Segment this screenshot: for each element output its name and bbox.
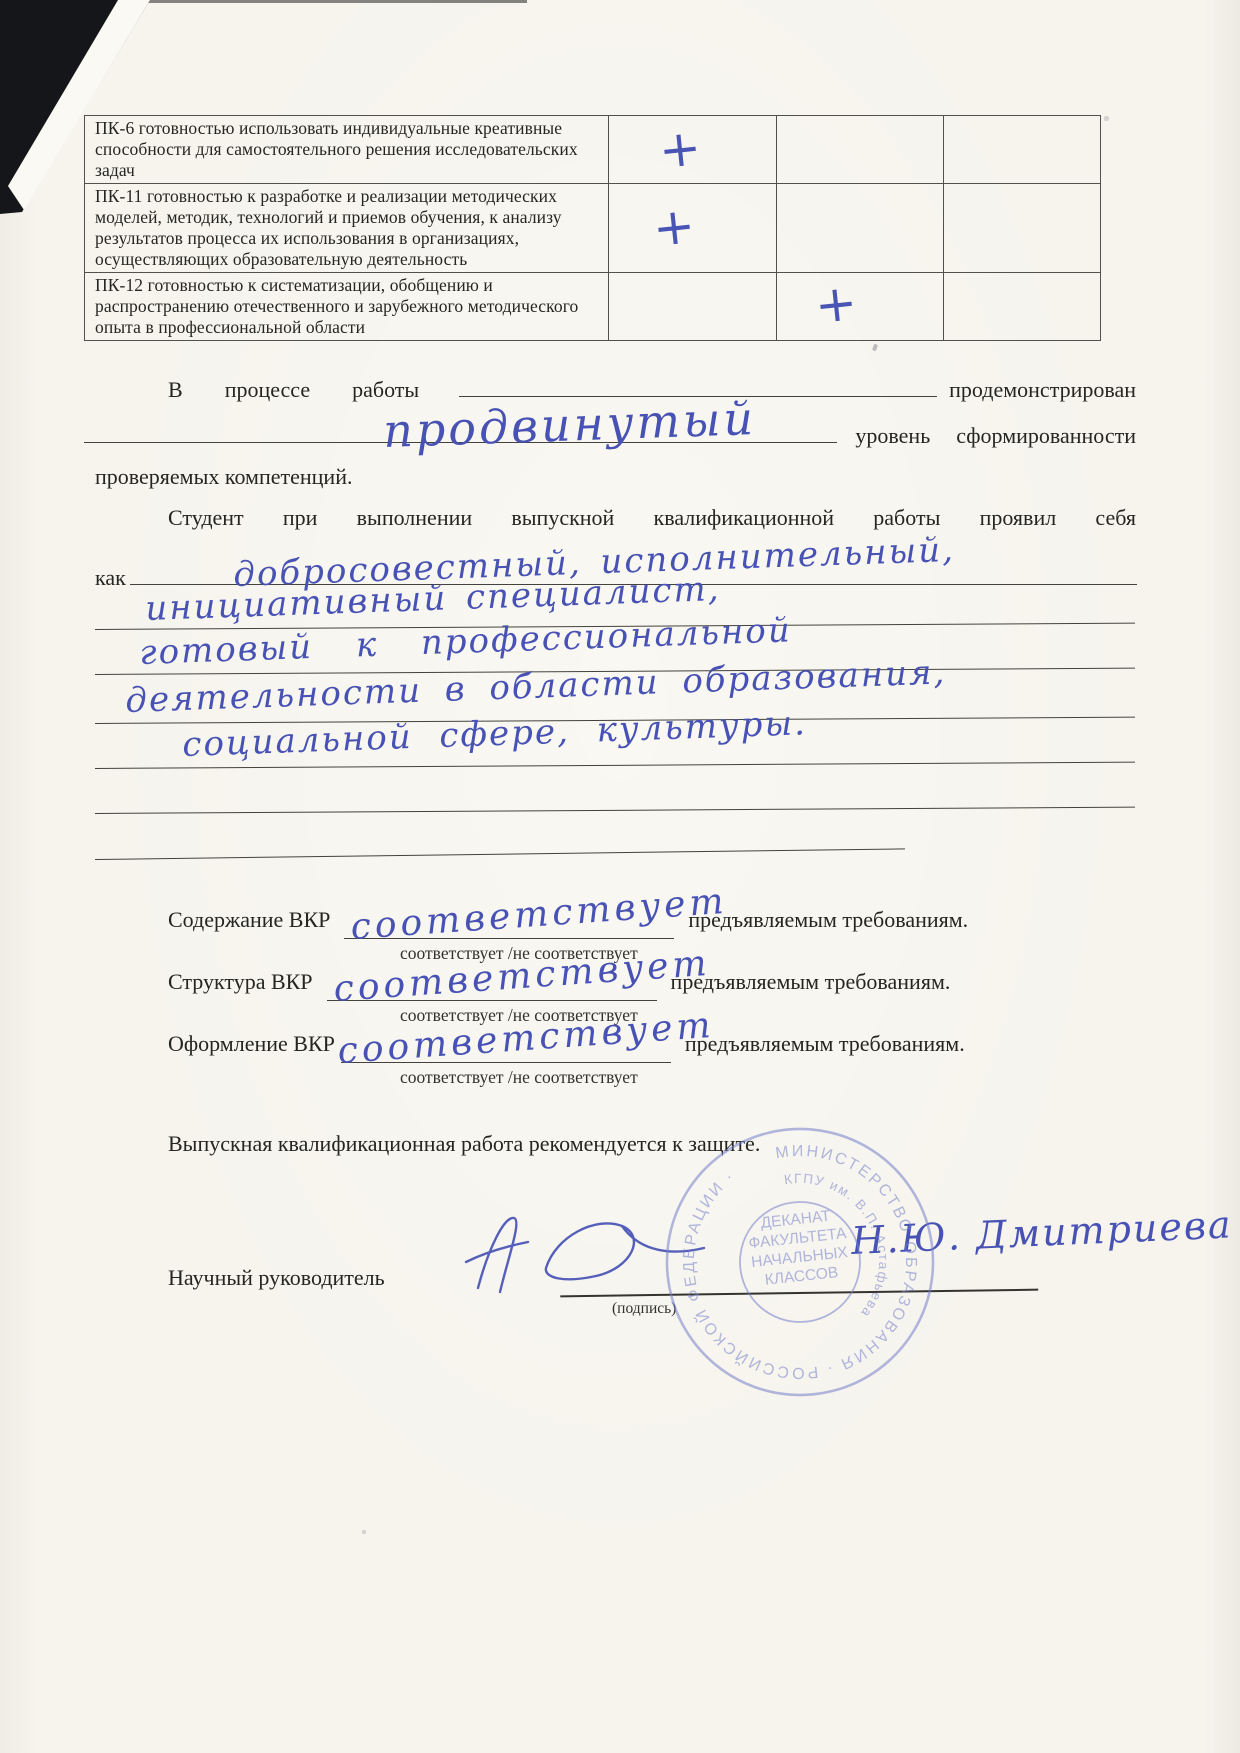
blank-line: соответствует: [344, 906, 674, 939]
vkr-hint: соответствует /не соответствует: [400, 1067, 1144, 1089]
mark-cell: +: [609, 116, 777, 184]
mark-cell: [944, 116, 1101, 184]
word: Студент: [168, 504, 244, 532]
word: проявил: [980, 504, 1057, 532]
handwritten-corresponds: соответствует: [350, 884, 729, 946]
scan-speck: [872, 344, 878, 352]
competency-text: ПК-12 готовностью к систематизации, обоб…: [85, 273, 609, 341]
supervisor-role-label: Научный руководитель: [168, 1264, 385, 1292]
mark-cell: [944, 273, 1101, 341]
scan-speck: [1104, 116, 1109, 121]
vkr-tail: предъявляемым требованиям.: [688, 906, 968, 934]
handwritten-level: продвинутый: [382, 395, 756, 454]
handwritten-plus-mark: +: [657, 122, 704, 176]
student-intro: Студентпривыполнениивыпускнойквалификаци…: [84, 504, 1136, 532]
word: уровень: [855, 422, 930, 450]
table-row: ПК-6 готовностью использовать индивидуал…: [85, 116, 1101, 184]
blank-line: продвинутый: [84, 408, 837, 443]
word: процессе: [225, 376, 310, 404]
blank-line: соответствует: [327, 968, 657, 1001]
word: В: [168, 376, 183, 404]
mark-cell: [777, 116, 944, 184]
word: при: [283, 504, 318, 532]
word: работы: [873, 504, 940, 532]
word: квалификационной: [654, 504, 835, 532]
word: работы: [352, 376, 419, 404]
ruled-line: [95, 807, 1135, 814]
vkr-row-formatting: Оформление ВКР соответствует предъявляем…: [84, 1030, 1144, 1089]
process-line-2: продвинутый уровень сформированности: [84, 408, 1136, 450]
blank-line: соответствует: [341, 1030, 671, 1063]
mark-cell: +: [777, 273, 944, 341]
mark-cell: +: [609, 184, 777, 273]
ruled-line: [95, 848, 905, 860]
mark-cell: [944, 184, 1101, 273]
word: продемонстрирован: [949, 376, 1136, 404]
vkr-tail: предъявляемым требованиям.: [671, 968, 951, 996]
competency-table: ПК-6 готовностью использовать индивидуал…: [84, 115, 1101, 341]
mark-cell: [609, 273, 777, 341]
process-line-3: проверяемых компетенций.: [95, 463, 352, 491]
table-row: ПК-12 готовностью к систематизации, обоб…: [85, 273, 1101, 341]
word: выпускной: [511, 504, 614, 532]
scanned-document-page: ПК-6 готовностью использовать индивидуал…: [0, 0, 1240, 1753]
word: себя: [1095, 504, 1136, 532]
scan-speck: [362, 1530, 366, 1534]
table-row: ПК-11 готовностью к разработке и реализа…: [85, 184, 1101, 273]
vkr-label: Содержание ВКР: [168, 906, 330, 934]
handwritten-plus-mark: +: [651, 200, 698, 254]
vkr-label: Оформление ВКР: [168, 1030, 335, 1058]
word: сформированности: [956, 422, 1136, 450]
word-kak: как: [95, 564, 126, 592]
vkr-label: Структура ВКР: [168, 968, 313, 996]
competency-text: ПК-6 готовностью использовать индивидуал…: [85, 116, 609, 184]
handwritten-plus-mark: +: [813, 277, 860, 331]
competency-text: ПК-11 готовностью к разработке и реализа…: [85, 184, 609, 273]
round-stamp: МИНИСТЕРСТВО ОБРАЗОВАНИЯ ∙ РОССИЙСКОЙ ФЕ…: [658, 1120, 943, 1405]
mark-cell: [777, 184, 944, 273]
vkr-tail: предъявляемым требованиям.: [685, 1030, 965, 1058]
word: выполнении: [357, 504, 473, 532]
ruled-line: [95, 762, 1135, 769]
